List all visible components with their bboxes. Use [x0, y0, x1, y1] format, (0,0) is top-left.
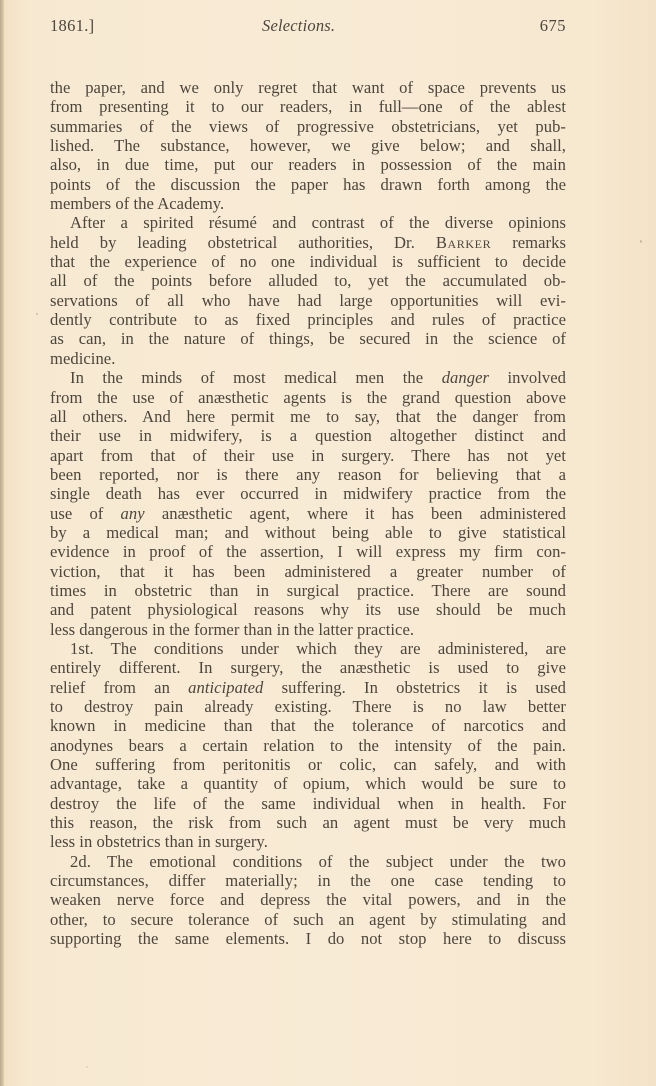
italic-emphasis: anticipated	[188, 678, 263, 697]
running-head-year: 1861.]	[50, 16, 94, 36]
text-line: One suffering from peritonitis or colic,…	[50, 755, 566, 774]
text-run: from the use of anæsthetic agents is the…	[50, 388, 566, 407]
text-line: held by leading obstetrical authorities,…	[50, 233, 566, 252]
book-page: 1861.] Selections. 675 the paper, and we…	[0, 0, 656, 1086]
text-line: and patent physiological reasons why its…	[50, 600, 566, 619]
text-line: anodynes bears a certain relation to the…	[50, 736, 566, 755]
text-line: single death has ever occurred in midwif…	[50, 484, 566, 503]
text-line: the paper, and we only regret that want …	[50, 78, 566, 97]
text-run: evidence in proof of the assertion, I wi…	[50, 542, 566, 561]
text-line: members of the Academy.	[50, 194, 566, 213]
text-line: times in obstetric than in surgical prac…	[50, 581, 566, 600]
text-run: as can, in the nature of things, be secu…	[50, 329, 566, 348]
text-line: 2d. The emotional conditions of the subj…	[50, 852, 566, 871]
text-run: their use in midwifery, is a question al…	[50, 426, 566, 445]
text-run: less in obstetrics than in surgery.	[50, 832, 268, 851]
text-run: advantage, take a quantity of opium, whi…	[50, 774, 566, 793]
text-run: involved	[489, 368, 566, 387]
text-run: 2d. The emotional conditions of the subj…	[70, 852, 566, 871]
text-run: summaries of the views of progressive ob…	[50, 117, 566, 136]
text-line: viction, that it has been administered a…	[50, 562, 566, 581]
text-run: One suffering from peritonitis or colic,…	[50, 755, 566, 774]
text-run: weaken nerve force and depress the vital…	[50, 890, 566, 909]
text-line: destroy the life of the same individual …	[50, 794, 566, 813]
text-run: remarks	[491, 233, 566, 252]
text-run: viction, that it has been administered a…	[50, 562, 566, 581]
text-run: less dangerous in the former than in the…	[50, 620, 414, 639]
small-caps-name: Barker	[436, 233, 491, 252]
text-line: relief from an anticipated suffering. In…	[50, 678, 566, 697]
text-line: been reported, nor is there any reason f…	[50, 465, 566, 484]
text-run: points of the discussion the paper has d…	[50, 175, 566, 194]
text-run: entirely different. In surgery, the anæs…	[50, 658, 566, 677]
text-line: points of the discussion the paper has d…	[50, 175, 566, 194]
text-line: all others. And here permit me to say, t…	[50, 407, 566, 426]
text-run: the paper, and we only regret that want …	[50, 78, 566, 97]
text-line: also, in due time, put our readers in po…	[50, 155, 566, 174]
text-line: use of any anæsthetic agent, where it ha…	[50, 504, 566, 523]
text-run: servations of all who have had large opp…	[50, 291, 566, 310]
paper-speck	[86, 1066, 88, 1068]
text-line: by a medical man; and without being able…	[50, 523, 566, 542]
text-line: weaken nerve force and depress the vital…	[50, 890, 566, 909]
text-line: less in obstetrics than in surgery.	[50, 832, 566, 851]
text-line: less dangerous in the former than in the…	[50, 620, 566, 639]
text-line: to destroy pain already existing. There …	[50, 697, 566, 716]
text-line: circumstances, differ materially; in the…	[50, 871, 566, 890]
text-run: also, in due time, put our readers in po…	[50, 155, 566, 174]
text-run: all of the points before alluded to, yet…	[50, 271, 566, 290]
text-run: held by leading obstetrical authorities,…	[50, 233, 436, 252]
running-head-section-title: Selections.	[262, 16, 335, 36]
paper-speck	[640, 240, 642, 243]
text-line: as can, in the nature of things, be secu…	[50, 329, 566, 348]
text-run: dently contribute to as fixed principles…	[50, 310, 566, 329]
text-run: suffering. In obstetrics it is used	[263, 678, 566, 697]
text-line: all of the points before alluded to, yet…	[50, 271, 566, 290]
body-text: the paper, and we only regret that want …	[50, 78, 566, 948]
italic-emphasis: any	[121, 504, 145, 523]
text-run: 1st. The conditions under which they are…	[70, 639, 566, 658]
text-line: from the use of anæsthetic agents is the…	[50, 388, 566, 407]
text-line: dently contribute to as fixed principles…	[50, 310, 566, 329]
page-number: 675	[540, 16, 566, 36]
text-line: other, to secure tolerance of such an ag…	[50, 910, 566, 929]
text-run: times in obstetric than in surgical prac…	[50, 581, 566, 600]
text-line: evidence in proof of the assertion, I wi…	[50, 542, 566, 561]
text-line: medicine.	[50, 349, 566, 368]
text-run: single death has ever occurred in midwif…	[50, 484, 566, 503]
text-run: to destroy pain already existing. There …	[50, 697, 566, 716]
text-run: supporting the same elements. I do not s…	[50, 929, 566, 948]
text-line: this reason, the risk from such an agent…	[50, 813, 566, 832]
text-line: entirely different. In surgery, the anæs…	[50, 658, 566, 677]
text-line: that the experience of no one individual…	[50, 252, 566, 271]
text-run: by a medical man; and without being able…	[50, 523, 566, 542]
text-run: In the minds of most medical men the	[70, 368, 442, 387]
text-line: 1st. The conditions under which they are…	[50, 639, 566, 658]
text-run: known in medicine than that the toleranc…	[50, 716, 566, 735]
text-run: relief from an	[50, 678, 188, 697]
text-line: lished. The substance, however, we give …	[50, 136, 566, 155]
text-line: apart from that of their use in surgery.…	[50, 446, 566, 465]
text-run: anæsthetic agent, where it has been admi…	[145, 504, 566, 523]
text-line: In the minds of most medical men the dan…	[50, 368, 566, 387]
text-run: anodynes bears a certain relation to the…	[50, 736, 566, 755]
running-head: 1861.] Selections. 675	[50, 16, 566, 38]
italic-emphasis: danger	[442, 368, 489, 387]
text-line: servations of all who have had large opp…	[50, 291, 566, 310]
text-run: use of	[50, 504, 121, 523]
text-line: their use in midwifery, is a question al…	[50, 426, 566, 445]
text-line: advantage, take a quantity of opium, whi…	[50, 774, 566, 793]
text-run: all others. And here permit me to say, t…	[50, 407, 566, 426]
text-line: supporting the same elements. I do not s…	[50, 929, 566, 948]
text-run: this reason, the risk from such an agent…	[50, 813, 566, 832]
text-line: After a spirited résumé and contrast of …	[50, 213, 566, 232]
text-run: medicine.	[50, 349, 115, 368]
text-run: circumstances, differ materially; in the…	[50, 871, 566, 890]
text-line: summaries of the views of progressive ob…	[50, 117, 566, 136]
text-run: destroy the life of the same individual …	[50, 794, 566, 813]
paper-speck	[36, 313, 38, 315]
text-line: known in medicine than that the toleranc…	[50, 716, 566, 735]
text-line: from presenting it to our readers, in fu…	[50, 97, 566, 116]
text-run: members of the Academy.	[50, 194, 224, 213]
text-run: lished. The substance, however, we give …	[50, 136, 566, 155]
text-run: and patent physiological reasons why its…	[50, 600, 566, 619]
text-run: other, to secure tolerance of such an ag…	[50, 910, 566, 929]
text-run: apart from that of their use in surgery.…	[50, 446, 566, 465]
text-run: After a spirited résumé and contrast of …	[70, 213, 566, 232]
text-run: been reported, nor is there any reason f…	[50, 465, 566, 484]
text-run: from presenting it to our readers, in fu…	[50, 97, 566, 116]
page-gutter-edge	[0, 0, 4, 1086]
text-run: that the experience of no one individual…	[50, 252, 566, 271]
